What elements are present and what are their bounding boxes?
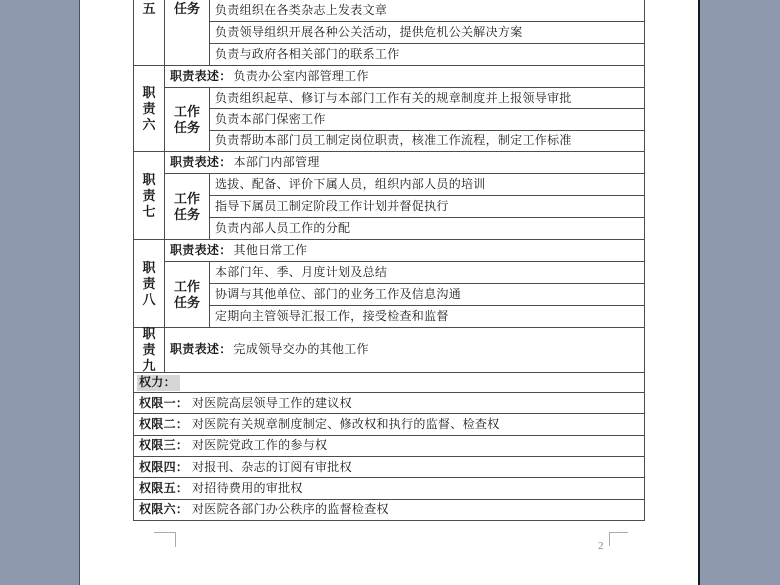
power-label: 权限一： [134,397,192,410]
duty-7-body: 职责表述： 本部门内部管理 工作任务 选拔、配备、评价下属人员，组织内部人员的培… [165,152,644,239]
power-label: 权限五： [134,482,192,495]
task-header-text: 工作任务 [173,104,201,136]
duty-desc-text: 本部门内部管理 [234,156,320,169]
task-text: 负责帮助本部门员工制定岗位职责，核准工作流程，制定工作标准 [215,134,572,147]
margin-mark-right-icon [609,532,628,546]
duty-9-vertical-label: 职责九 [134,328,165,372]
power-row: 权限五： 对招待费用的审批权 [134,478,644,499]
duty-section-6: 职责六 职责表述： 负责办公室内部管理工作 工作任务 负责组织起草、修订与本部门… [134,66,644,152]
task-text: 本部门年、季、月度计划及总结 [215,266,387,279]
duty-7-label-text: 职责七 [142,172,156,220]
duty-5-tasks: 负责组织在各类杂志上发表文章 负责领导组织开展各种公关活动，提供危机公关解决方案… [210,0,644,65]
power-label: 权限六： [134,503,192,516]
task-text: 协调与其他单位、部门的业务工作及信息沟通 [215,288,461,301]
power-row: 权限一： 对医院高层领导工作的建议权 [134,393,644,414]
power-rows: 权限一： 对医院高层领导工作的建议权 权限二： 对医院有关规章制度制定、修改权和… [134,393,644,521]
duty-5-label-text: 五 [142,1,156,17]
power-text: 对医院党政工作的参与权 [192,439,327,452]
task-text: 负责与政府各相关部门的联系工作 [215,48,400,61]
duty-section-5: 五 任务 负责组织在各类杂志上发表文章 负责领导组织开展各种公关活动，提供危机公… [134,0,644,66]
duty-9-desc-row: 职责表述： 完成领导交办的其他工作 [165,328,644,372]
duty-7-vertical-label: 职责七 [134,152,165,239]
duty-6-task-header: 工作任务 [165,88,210,151]
duty-8-task-area: 工作任务 本部门年、季、月度计划及总结 协调与其他单位、部门的业务工作及信息沟通… [165,262,644,327]
task-text: 负责组织起草、修订与本部门工作有关的规章制度并上报领导审批 [215,92,572,105]
power-section-header: 权力： [137,375,180,391]
task-header-text: 工作任务 [173,279,201,311]
duty-8-task-header: 工作任务 [165,262,210,327]
task-text: 负责内部人员工作的分配 [215,222,350,235]
duty-6-task-area: 工作任务 负责组织起草、修订与本部门工作有关的规章制度并上报领导审批 负责本部门… [165,88,644,151]
duty-7-task-header: 工作任务 [165,174,210,239]
duty-8-label-text: 职责八 [142,260,156,308]
duty-8-body: 职责表述： 其他日常工作 工作任务 本部门年、季、月度计划及总结 协调与 [165,240,644,327]
duty-section-8: 职责八 职责表述： 其他日常工作 工作任务 本部门年、季、月度计划及总结 [134,240,644,328]
power-row: 权限二： 对医院有关规章制度制定、修改权和执行的监督、检查权 [134,414,644,435]
task-text: 负责组织在各类杂志上发表文章 [215,4,387,17]
duty-6-label-text: 职责六 [142,85,156,133]
task-text: 负责领导组织开展各种公关活动，提供危机公关解决方案 [215,26,523,39]
task-header-text: 工作任务 [173,191,201,223]
document-canvas: 五 任务 负责组织在各类杂志上发表文章 负责领导组织开展各种公关活动，提供危机公… [0,0,780,585]
margin-mark-left-icon [154,532,176,547]
power-text: 对医院各部门办公秩序的监督检查权 [192,503,389,516]
duty-7-task-area: 工作任务 选拔、配备、评价下属人员，组织内部人员的培训 指导下属员工制定阶段工作… [165,174,644,239]
task-row: 负责本部门保密工作 [210,109,644,130]
power-row: 权限六： 对医院各部门办公秩序的监督检查权 [134,500,644,521]
power-label: 权限四： [134,461,192,474]
task-text: 定期向主管领导汇报工作，接受检查和监督 [215,310,449,323]
duty-desc-label: 职责表述： [170,244,232,257]
task-row: 负责领导组织开展各种公关活动，提供危机公关解决方案 [210,22,644,44]
duty-desc-row: 职责表述： 本部门内部管理 [165,152,644,174]
duty-desc-label: 职责表述： [170,343,232,356]
duty-8-tasks: 本部门年、季、月度计划及总结 协调与其他单位、部门的业务工作及信息沟通 定期向主… [210,262,644,327]
task-row: 指导下属员工制定阶段工作计划并督促执行 [210,196,644,218]
task-row: 负责组织在各类杂志上发表文章 [210,0,644,22]
task-text: 负责本部门保密工作 [215,113,326,126]
task-text: 选拔、配备、评价下属人员，组织内部人员的培训 [215,178,486,191]
duty-6-tasks: 负责组织起草、修订与本部门工作有关的规章制度并上报领导审批 负责本部门保密工作 … [210,88,644,151]
duty-desc-label: 职责表述： [170,70,232,83]
power-label: 权限三： [134,439,192,452]
power-row: 权限四： 对报刊、杂志的订阅有审批权 [134,457,644,478]
power-row: 权限三： 对医院党政工作的参与权 [134,436,644,457]
task-row: 负责内部人员工作的分配 [210,218,644,239]
duty-5-vertical-label: 五 [134,0,165,65]
duty-6-body: 职责表述： 负责办公室内部管理工作 工作任务 负责组织起草、修订与本部门工作有关… [165,66,644,151]
duty-5-task-header-text: 任务 [173,1,201,17]
duty-desc-label: 职责表述： [170,156,232,169]
duty-desc-text: 完成领导交办的其他工作 [234,343,369,356]
task-row: 本部门年、季、月度计划及总结 [210,262,644,284]
duty-desc-row: 职责表述： 负责办公室内部管理工作 [165,66,644,88]
power-section-header-row: 权力： [134,373,644,393]
power-label: 权限二： [134,418,192,431]
duty-6-vertical-label: 职责六 [134,66,165,151]
task-row: 负责组织起草、修订与本部门工作有关的规章制度并上报领导审批 [210,88,644,109]
duty-9-label-text: 职责九 [142,326,156,374]
task-row: 负责帮助本部门员工制定岗位职责，核准工作流程，制定工作标准 [210,131,644,151]
power-text: 对招待费用的审批权 [192,482,303,495]
duty-desc-text: 负责办公室内部管理工作 [234,70,369,83]
task-row: 定期向主管领导汇报工作，接受检查和监督 [210,306,644,327]
duty-7-tasks: 选拔、配备、评价下属人员，组织内部人员的培训 指导下属员工制定阶段工作计划并督促… [210,174,644,239]
duty-section-7: 职责七 职责表述： 本部门内部管理 工作任务 选拔、配备、评价下属人员，组织内部… [134,152,644,240]
power-text: 对报刊、杂志的订阅有审批权 [192,461,352,474]
duty-8-vertical-label: 职责八 [134,240,165,327]
job-description-table: 五 任务 负责组织在各类杂志上发表文章 负责领导组织开展各种公关活动，提供危机公… [133,0,645,521]
task-text: 指导下属员工制定阶段工作计划并督促执行 [215,200,449,213]
power-text: 对医院有关规章制度制定、修改权和执行的监督、检查权 [192,418,500,431]
task-row: 选拔、配备、评价下属人员，组织内部人员的培训 [210,174,644,196]
task-row: 负责与政府各相关部门的联系工作 [210,44,644,65]
page-number: 2 [598,540,604,552]
document-page: 五 任务 负责组织在各类杂志上发表文章 负责领导组织开展各种公关活动，提供危机公… [79,0,700,585]
duty-desc-text: 其他日常工作 [234,244,308,257]
power-text: 对医院高层领导工作的建议权 [192,397,352,410]
duty-section-9: 职责九 职责表述： 完成领导交办的其他工作 [134,328,644,373]
duty-5-task-header: 任务 [165,0,210,65]
duty-desc-row: 职责表述： 其他日常工作 [165,240,644,262]
task-row: 协调与其他单位、部门的业务工作及信息沟通 [210,284,644,306]
